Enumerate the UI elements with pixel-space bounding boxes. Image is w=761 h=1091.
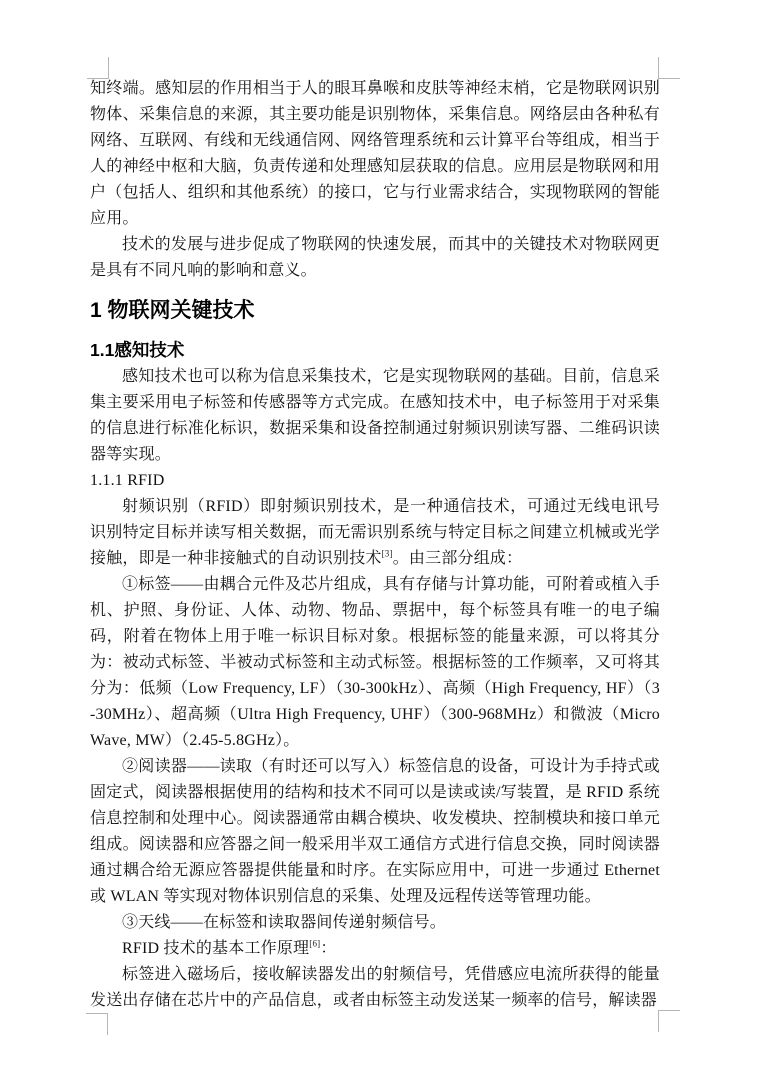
antenna-component-paragraph: ③天线——在标签和读取器间传递射频信号。 bbox=[90, 910, 660, 936]
text-boundary-mark-bottom-right bbox=[658, 1010, 680, 1032]
section-1-1-heading: 1.1感知技术 bbox=[90, 336, 660, 364]
section-1-1-1-heading: 1.1.1 RFID bbox=[90, 468, 660, 494]
working-principle-heading-line: RFID 技术的基本工作原理[6]： bbox=[90, 936, 660, 962]
rfid-definition-paragraph: 射频识别（RFID）即射频识别技术，是一种通信技术，可通过无线电讯号识别特定目标… bbox=[90, 494, 660, 572]
text-boundary-mark-bottom-left bbox=[86, 1013, 108, 1035]
rfid-definition-text-after: 。由三部分组成： bbox=[393, 550, 523, 567]
tag-component-paragraph: ①标签——由耦合元件及芯片组成，具有存储与计算功能，可附着或植入手机、护照、身份… bbox=[90, 572, 660, 754]
text-area: 知终端。感知层的作用相当于人的眼耳鼻喉和皮肤等神经末梢，它是物联网识别物体、采集… bbox=[90, 76, 660, 1014]
intro-continuation-paragraph: 知终端。感知层的作用相当于人的眼耳鼻喉和皮肤等神经末梢，它是物联网识别物体、采集… bbox=[90, 76, 660, 232]
citation-ref-6[interactable]: [6] bbox=[309, 939, 320, 949]
rfid-definition-text: 射频识别（RFID）即射频识别技术，是一种通信技术，可通过无线电讯号识别特定目标… bbox=[90, 498, 660, 567]
intro-paragraph-2: 技术的发展与进步促成了物联网的快速发展，而其中的关键技术对物联网更是具有不同凡响… bbox=[90, 232, 660, 284]
document-page: 知终端。感知层的作用相当于人的眼耳鼻喉和皮肤等神经末梢，它是物联网识别物体、采集… bbox=[0, 0, 761, 1091]
working-principle-colon: ： bbox=[320, 940, 336, 957]
perception-technology-paragraph: 感知技术也可以称为信息采集技术，它是实现物联网的基础。目前，信息采集主要采用电子… bbox=[90, 364, 660, 468]
section-1-heading: 1 物联网关键技术 bbox=[90, 296, 660, 326]
citation-ref-3[interactable]: [3] bbox=[382, 549, 393, 559]
working-principle-text: RFID 技术的基本工作原理 bbox=[122, 940, 309, 957]
reader-component-paragraph: ②阅读器——读取（有时还可以写入）标签信息的设备，可设计为手持式或固定式，阅读器… bbox=[90, 754, 660, 910]
text-boundary-mark-top-right bbox=[658, 57, 680, 79]
working-principle-paragraph: 标签进入磁场后，接收解读器发出的射频信号，凭借感应电流所获得的能量发送出存储在芯… bbox=[90, 962, 660, 1014]
